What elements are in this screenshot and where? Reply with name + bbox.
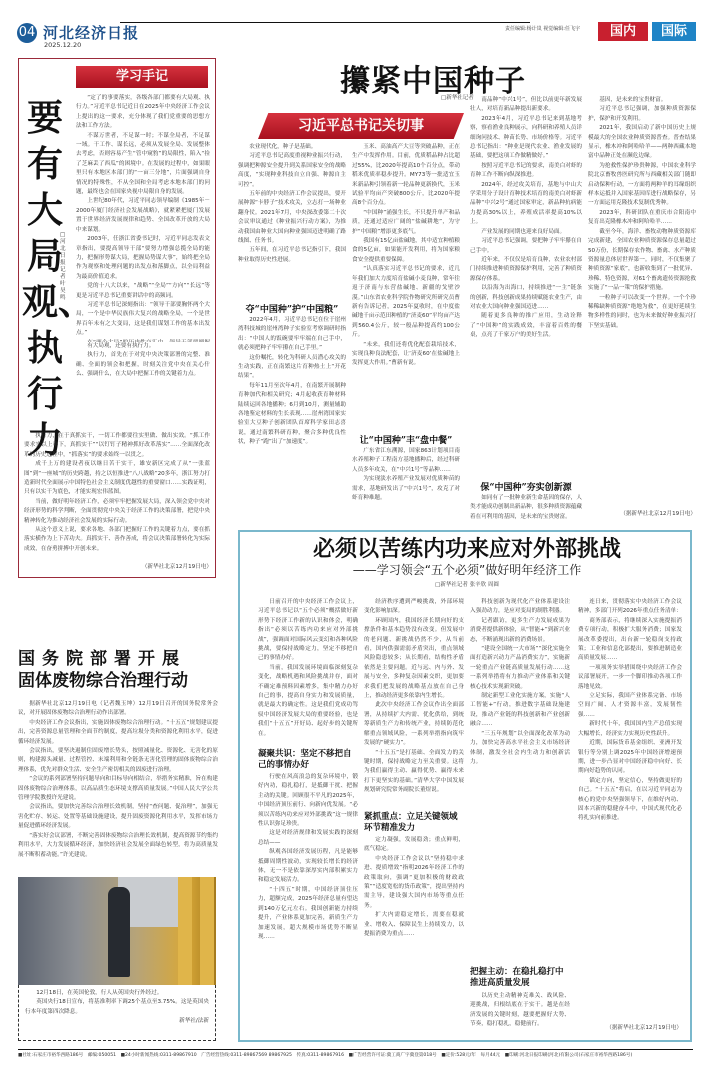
commentary-banner: 学习手记 — [76, 66, 208, 88]
seed-subhead-1: 夺“中国种”护“中国粮” — [238, 302, 346, 315]
photo-column — [178, 877, 192, 985]
footer-rule — [18, 1049, 693, 1050]
seed-article-byline: □新华社记者 — [441, 93, 474, 101]
five-musts-title: 必须以苦练内功来应对外部挑战 — [252, 532, 682, 563]
five-musts-col1b: 行驶在风高浪急的复杂环境中，锻好内功，稳扎稳打，是抵御干扰、把握主动的关键。回顾… — [258, 773, 358, 1035]
five-musts-col3b: 以历史主动精神克难关、战风险、迎挑战，归根结底在于实干。越是在经济发展的关键时刻… — [470, 992, 570, 1036]
photo-caption: 12月18日，在英国伦敦，行人从英国央行外经过。 英国央行18日宣布，将基准利率… — [18, 985, 216, 1041]
seed-col3b: 如同有了一批种业新生命基因的保存，人类才能成功创制出新品种，很多种质资源蕴藏着在… — [470, 494, 582, 522]
seed-col4: 基因，是未来的宝贵财富。 习近平总书记强调，加强种质资源保护，保护和开发利用。 … — [588, 96, 696, 508]
seed-subhead-2: 让“中国种”丰“盘中餐” — [352, 433, 460, 446]
masthead-rule — [120, 22, 530, 23]
photo-credit: 新华社/法新 — [25, 1017, 209, 1026]
five-musts-subhead-1: 凝聚共识：坚定不移把自己的事情办好 — [258, 749, 358, 771]
issue-date: 2025.12.20 — [44, 41, 81, 49]
five-musts-subtitle: ——学习领会“五个必须”做好明年经济工作 — [252, 561, 682, 578]
page-number: 04 — [17, 23, 37, 43]
five-musts-col3: 科技创新为现代化产业体系建设注入强劲动力，是应对变局的制胜利器。 记者跟访，更多… — [470, 598, 570, 963]
commentary-sign: （新华社北京12月19日电） — [120, 563, 212, 572]
section-tag-domestic[interactable]: 国内 — [598, 22, 648, 41]
editor-credits: 责任编辑:杨计岚 视觉编辑:任飞宇 — [505, 25, 580, 32]
commentary-byline: □河北日报记者 叶昊鸣 — [60, 232, 68, 302]
five-musts-subhead-3: 把握主动：在稳扎稳打中推进高质量发展 — [470, 967, 570, 989]
five-musts-col2b: 定力凝强，发展稳劲；重点鲜明，底气稳定。 中央经济工作会议以“坚持稳中求进、提质… — [364, 836, 464, 1036]
seed-col1: 农业现代化，种子是基础。 习近平总书记高度重视种业振兴行动，强调把种源安全提升到… — [238, 143, 346, 301]
commentary-body-top: “定了的事要落实，各级各部门都要有大局观、执行力。”习近平总书记近日在2025年… — [76, 94, 210, 342]
photo-column — [200, 877, 214, 985]
five-musts-col1: 日前召开的中央经济工作会议上，习近平总书记以“五个必须”概括做好新形势下经济工作… — [258, 598, 358, 748]
five-musts-byline: □新华社记者 张辛欣 周圆 — [252, 580, 682, 588]
seed-article-title: 攥紧中国种子 — [340, 56, 700, 100]
paper-logo: 河北经济日报 — [43, 22, 139, 43]
seed-col1b: 2022年4月，习近平总书记在位于崖州湾科技城的崖州湾种子实验室考察调研时指出：… — [238, 316, 346, 521]
seed-subhead-3: 保“中国种”夯实创新源 — [470, 480, 582, 493]
five-musts-col2: 经济秩序遭到严峻挑战，外部环境变化影响加深。 环顾国内，我国经济长期向好的支撑条… — [364, 598, 464, 808]
state-council-title: 国务院部署开展 固体废物综合治理行动 — [18, 648, 218, 692]
seed-col2b: 广东省江东溯源，国家863计划项目南水养殖种子工程南方基地播种后，经过科研人员多… — [352, 447, 460, 521]
five-musts-sign: （据新华社北京12月19日电） — [578, 1024, 682, 1033]
seed-article-banner: 习近平总书记关切事 — [258, 113, 464, 139]
commentary-body-bottom: 执行力，在于真抓实干，一切工作都要往实里做、做出实效。“抓工作要求实以上率下，真… — [24, 432, 210, 562]
footer-info: ■社址:石家庄市裕华西路186号 邮编:050051 ■24小时新闻热线:031… — [18, 1052, 693, 1058]
photo-pedestrian — [108, 887, 130, 977]
seed-col2: 玉米、高油高产大豆等突破品种，正在生产中发挥作用。目前，优质稻品种占比超过55%… — [352, 143, 460, 431]
seed-sign: （据新华社北京12月19日电） — [588, 510, 696, 519]
section-tag-international[interactable]: 国际 — [652, 22, 696, 41]
state-council-body: 据新华社北京12月19日电（记者魏玉坤）12月19日召开的国务院常务会议，对开展… — [18, 700, 218, 865]
commentary-body-mid: 有大局观，还要有执行力。 执行力，首先在于对党中央决策部署的完整、准确、全面的领… — [76, 342, 210, 432]
news-photo — [18, 877, 216, 985]
seed-col3: 南品种“中兴1号”，但比以前更年新发展壮人，对培育新品种提出新要求。 2023年… — [470, 96, 582, 476]
five-musts-subhead-2: 紧抓重点：立足关键领域环节精准发力 — [364, 812, 464, 834]
five-musts-col4: 连日来，贯彻落实中央经济工作会议精神，多部门开列2026年重点任务清单： 商务部… — [578, 598, 682, 1020]
